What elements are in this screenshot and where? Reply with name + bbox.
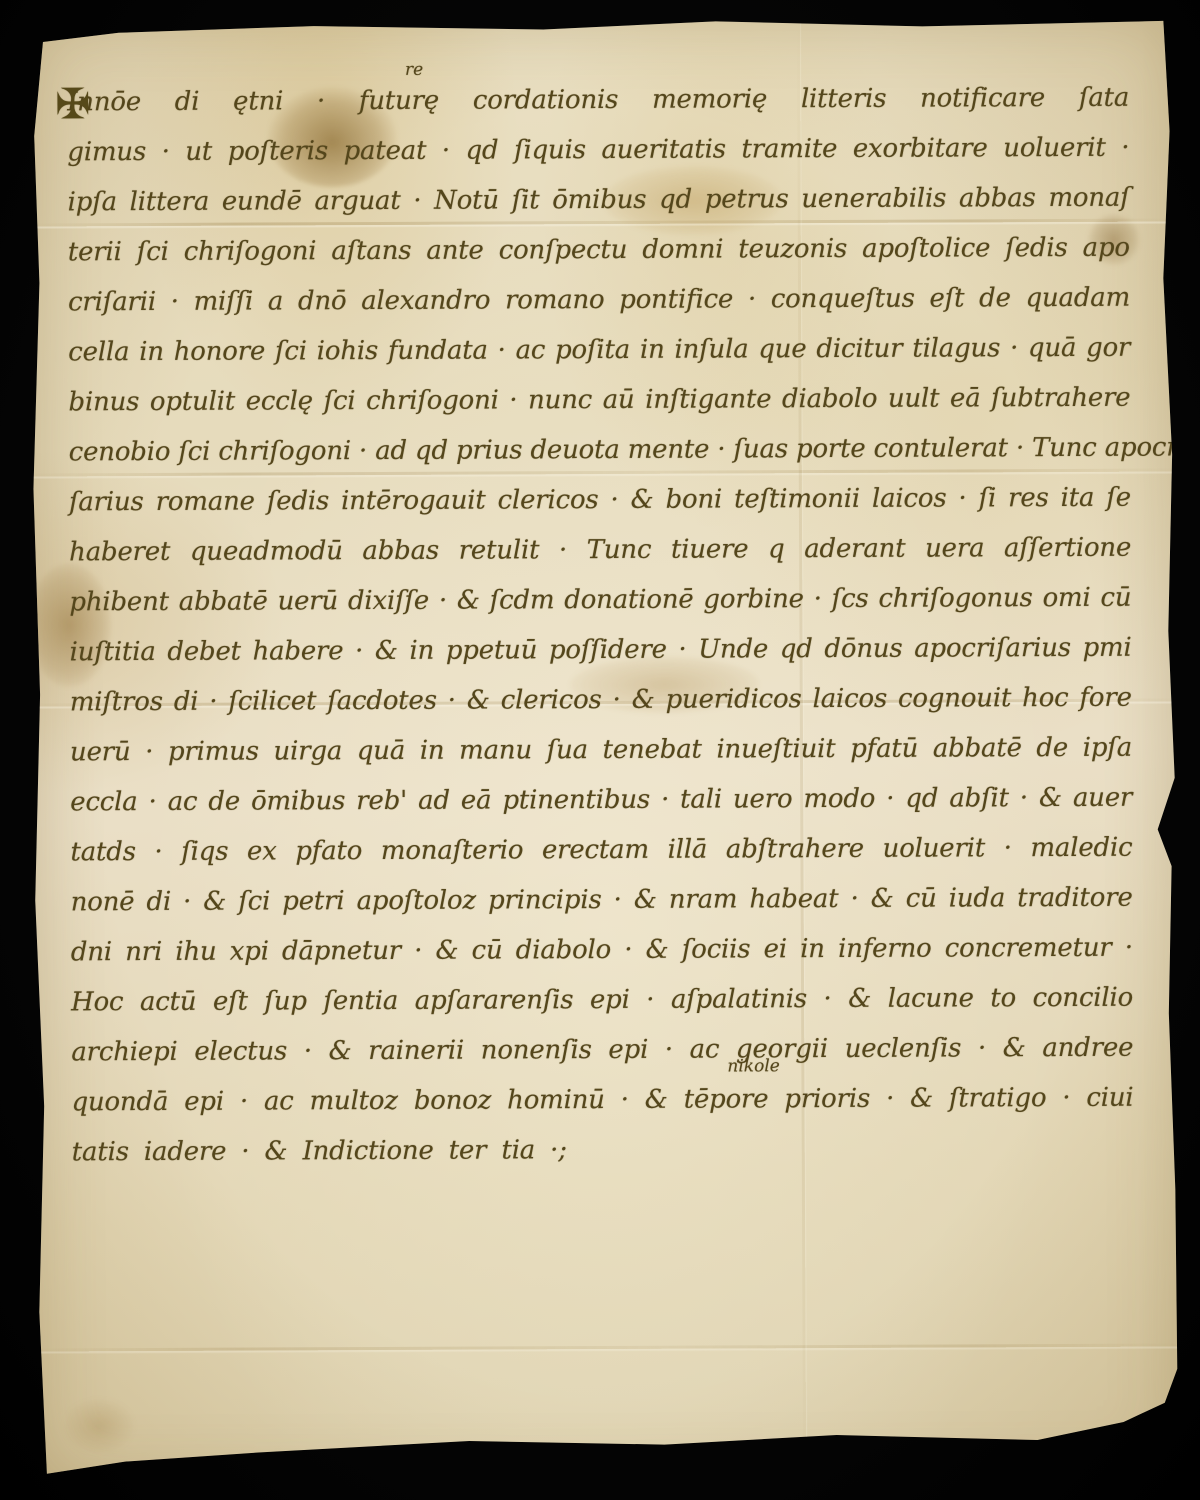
crease-line: [33, 1343, 1181, 1351]
text-line: haberet queadmodū abbas retulit · Tunc t…: [69, 523, 1131, 578]
text-line: criſarii · miſſi a dnō alexandro romano …: [68, 273, 1130, 328]
text-line: eccla · ac de ōmibus reb' ad eā ptinenti…: [70, 773, 1132, 828]
text-line: ſarius romane ſedis intērogauit clericos…: [69, 473, 1131, 528]
cross-chrismon: ✠: [55, 79, 90, 128]
text-line: phibent abbatē uerū dixiſſe · & ſcdm don…: [69, 573, 1131, 628]
text-line: Hoc actū eſt ſup ſentia apſararenſis epi…: [71, 973, 1133, 1028]
interlinear-note: re: [405, 60, 423, 80]
text-line: Innōe di ętni · futurę cordationis memor…: [67, 73, 1129, 128]
text-line: archiepi electus · & rainerii nonenſis e…: [71, 1023, 1133, 1078]
interlinear-note: nikole: [727, 1056, 780, 1076]
parchment-page: ✠ re nikole Innōe di ętni · futurę corda…: [27, 14, 1181, 1489]
text-line: nonē di · & ſci petri apoſtoloz principi…: [71, 873, 1133, 928]
text-line: binus optulit ecclę ſci chriſogoni · nun…: [68, 373, 1130, 428]
text-line: uerū · primus uirga quā in manu ſua tene…: [70, 723, 1132, 778]
text-lines: Innōe di ętni · futurę cordationis memor…: [67, 73, 1134, 1178]
manuscript-text: ✠ re nikole Innōe di ętni · futurę corda…: [67, 73, 1134, 1178]
ink-stain: [63, 1398, 135, 1454]
text-line: gimus · ut poſteris pateat · qd ſiquis a…: [67, 123, 1129, 178]
text-line: tatis iadere · & Indictione ter tia ·;: [72, 1123, 1134, 1178]
text-line: terii ſci chriſogoni aſtans ante conſpec…: [68, 223, 1130, 278]
text-line: ipſa littera eundē arguat · Notū ſit ōmi…: [67, 173, 1129, 228]
text-line: cella in honore ſci iohis fundata · ac p…: [68, 323, 1130, 378]
photo-background: ✠ re nikole Innōe di ętni · futurę corda…: [0, 0, 1200, 1500]
text-line: miſtros di · ſcilicet ſacdotes · & cleri…: [70, 673, 1132, 728]
text-line: dni nri ihu xpi dāpnetur · & cū diabolo …: [71, 923, 1133, 978]
text-line: iuſtitia debet habere · & in ppetuū poſſ…: [69, 623, 1131, 678]
text-line: quondā epi · ac multoz bonoz hominū · & …: [71, 1073, 1133, 1128]
text-line: tatds · ſiqs ex pfato monaſterio erectam…: [70, 823, 1132, 878]
text-line: cenobio ſci chriſogoni · ad qd prius deu…: [69, 423, 1131, 478]
